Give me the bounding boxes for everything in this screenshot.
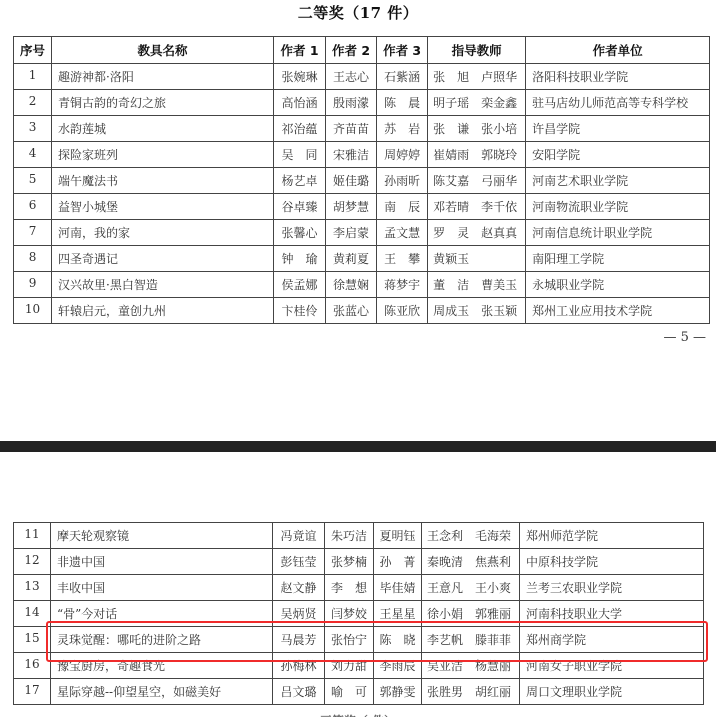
table-row: 5端午魔法书杨艺卓姬佳璐孙雨昕陈艾嘉 弓丽华河南艺术职业学院 [14, 168, 710, 194]
table-header-row: 序号 教具名称 作者 1 作者 2 作者 3 指导教师 作者单位 [14, 37, 710, 64]
cell-author3: 蒋梦宇 [377, 272, 428, 298]
header-author2: 作者 2 [326, 37, 377, 64]
cell-author2: 黄莉夏 [326, 246, 377, 272]
cell-name: 益智小城堡 [52, 194, 274, 220]
cell-author2: 张梦楠 [325, 549, 374, 575]
table-row: 2青铜古韵的奇幻之旅高怡涵殷雨濛陈 晨明子瑶 栾金鑫驻马店幼儿师范高等专科学校 [14, 90, 710, 116]
cell-author1: 侯孟娜 [274, 272, 326, 298]
table-row: 12非遗中国彭钰莹张梦楠孙 菁秦晚清 焦燕利中原科技学院 [14, 549, 704, 575]
cell-author2: 刘力甜 [325, 653, 374, 679]
cell-unit: 洛阳科技职业学院 [526, 64, 710, 90]
cell-name: 丰收中国 [51, 575, 273, 601]
table-row: 15灵珠觉醒：哪吒的进阶之路马晨芳张怡宁陈 晓李艺帆 滕菲菲郑州商学院 [14, 627, 704, 653]
table-row: 3水韵莲城祁治蕴齐苗苗苏 岩张 谦 张小培许昌学院 [14, 116, 710, 142]
cell-name: 汉兴故里·黑白智造 [52, 272, 274, 298]
cell-author3: 郭静雯 [374, 679, 422, 705]
cell-author3: 陈 晓 [374, 627, 422, 653]
cell-name: 轩辕启元，童创九州 [52, 298, 274, 324]
cell-author2: 姬佳璐 [326, 168, 377, 194]
header-advisors: 指导教师 [428, 37, 526, 64]
table-row: 4探险家班列吴 同宋雅洁周婷婷崔婧雨 郭晓玲安阳学院 [14, 142, 710, 168]
cell-author2: 王志心 [326, 64, 377, 90]
cell-name: 端午魔法书 [52, 168, 274, 194]
table-row: 14“骨”今对话吴炳贤闫梦姣王星星徐小娟 郭雅丽河南科技职业大学 [14, 601, 704, 627]
table-row: 16豫宝厨房，奇趣食光孙梅林刘力甜李雨辰吴亚洁 杨慧丽河南女子职业学院 [14, 653, 704, 679]
cell-unit: 河南信息统计职业学院 [526, 220, 710, 246]
cell-unit: 河南艺术职业学院 [526, 168, 710, 194]
header-name: 教具名称 [52, 37, 274, 64]
cell-unit: 许昌学院 [526, 116, 710, 142]
table-row: 1趣游神都·洛阳张婉琳王志心石紫涵张 旭 卢照华洛阳科技职业学院 [14, 64, 710, 90]
table-row: 17星际穿越--仰望星空，如磁美好吕文璐喻 可郭静雯张胜男 胡红丽周口文理职业学… [14, 679, 704, 705]
cell-no: 14 [14, 601, 51, 627]
cell-no: 7 [14, 220, 52, 246]
cell-advisors: 王念利 毛海荣 [422, 523, 520, 549]
cell-author1: 祁治蕴 [274, 116, 326, 142]
cell-unit: 南阳理工学院 [526, 246, 710, 272]
header-unit: 作者单位 [526, 37, 710, 64]
cell-no: 13 [14, 575, 51, 601]
cell-no: 17 [14, 679, 51, 705]
table-row: 7河南，我的家张馨心李启蒙孟文慧罗 灵 赵真真河南信息统计职业学院 [14, 220, 710, 246]
table-row: 13丰收中国赵文静李 想毕佳婧王意凡 王小爽兰考三农职业学院 [14, 575, 704, 601]
cell-no: 11 [14, 523, 51, 549]
cell-author1: 吕文璐 [273, 679, 325, 705]
next-section-title: 三等奖（ 件） [0, 712, 716, 717]
cell-no: 2 [14, 90, 52, 116]
cell-author3: 陈 晨 [377, 90, 428, 116]
cell-author2: 喻 可 [325, 679, 374, 705]
cell-advisors: 董 洁 曹美玉 [428, 272, 526, 298]
cell-author3: 李雨辰 [374, 653, 422, 679]
cell-no: 3 [14, 116, 52, 142]
cell-advisors: 吴亚洁 杨慧丽 [422, 653, 520, 679]
cell-advisors: 张 旭 卢照华 [428, 64, 526, 90]
cell-author1: 马晨芳 [273, 627, 325, 653]
cell-author3: 南 辰 [377, 194, 428, 220]
cell-author1: 谷卓臻 [274, 194, 326, 220]
cell-author1: 吴炳贤 [273, 601, 325, 627]
cell-author1: 孙梅林 [273, 653, 325, 679]
cell-unit: 中原科技学院 [520, 549, 704, 575]
cell-author3: 孙 菁 [374, 549, 422, 575]
cell-author1: 张馨心 [274, 220, 326, 246]
cell-author1: 彭钰莹 [273, 549, 325, 575]
table-row: 10轩辕启元，童创九州卞桂伶张蓝心陈亚欣周成玉 张玉颖郑州工业应用技术学院 [14, 298, 710, 324]
cell-advisors: 徐小娟 郭雅丽 [422, 601, 520, 627]
cell-author3: 周婷婷 [377, 142, 428, 168]
cell-author2: 朱巧洁 [325, 523, 374, 549]
cell-author2: 张蓝心 [326, 298, 377, 324]
cell-name: “骨”今对话 [51, 601, 273, 627]
cell-name: 青铜古韵的奇幻之旅 [52, 90, 274, 116]
cell-author3: 毕佳婧 [374, 575, 422, 601]
cell-no: 9 [14, 272, 52, 298]
cell-author2: 闫梦姣 [325, 601, 374, 627]
cell-no: 15 [14, 627, 51, 653]
cell-author1: 钟 瑜 [274, 246, 326, 272]
cell-advisors: 崔婧雨 郭晓玲 [428, 142, 526, 168]
cell-name: 探险家班列 [52, 142, 274, 168]
cell-unit: 周口文理职业学院 [520, 679, 704, 705]
cell-author2: 胡梦慧 [326, 194, 377, 220]
header-author1: 作者 1 [274, 37, 326, 64]
page-separator [0, 441, 716, 452]
award-table-page-6: 11摩天轮观察镜冯竟谊朱巧洁夏明钰王念利 毛海荣郑州师范学院12非遗中国彭钰莹张… [13, 522, 704, 705]
cell-no: 6 [14, 194, 52, 220]
table-row: 6益智小城堡谷卓臻胡梦慧南 辰邓若晴 李千依河南物流职业学院 [14, 194, 710, 220]
cell-name: 非遗中国 [51, 549, 273, 575]
cell-name: 灵珠觉醒：哪吒的进阶之路 [51, 627, 273, 653]
cell-author3: 孟文慧 [377, 220, 428, 246]
cell-advisors: 明子瑶 栾金鑫 [428, 90, 526, 116]
cell-author3: 夏明钰 [374, 523, 422, 549]
cell-unit: 河南女子职业学院 [520, 653, 704, 679]
cell-advisors: 陈艾嘉 弓丽华 [428, 168, 526, 194]
cell-author2: 张怡宁 [325, 627, 374, 653]
cell-author3: 孙雨昕 [377, 168, 428, 194]
cell-name: 星际穿越--仰望星空，如磁美好 [51, 679, 273, 705]
section-title: 二等奖（17 件） [0, 2, 716, 23]
cell-author1: 吴 同 [274, 142, 326, 168]
cell-name: 水韵莲城 [52, 116, 274, 142]
table-body-page-5: 1趣游神都·洛阳张婉琳王志心石紫涵张 旭 卢照华洛阳科技职业学院2青铜古韵的奇幻… [14, 64, 710, 324]
cell-author1: 冯竟谊 [273, 523, 325, 549]
table-row: 11摩天轮观察镜冯竟谊朱巧洁夏明钰王念利 毛海荣郑州师范学院 [14, 523, 704, 549]
cell-author2: 李启蒙 [326, 220, 377, 246]
cell-advisors: 邓若晴 李千依 [428, 194, 526, 220]
cell-author2: 徐慧娴 [326, 272, 377, 298]
cell-no: 16 [14, 653, 51, 679]
cell-author3: 苏 岩 [377, 116, 428, 142]
cell-author2: 殷雨濛 [326, 90, 377, 116]
award-table-page-5: 序号 教具名称 作者 1 作者 2 作者 3 指导教师 作者单位 1趣游神都·洛… [13, 36, 710, 324]
cell-unit: 河南科技职业大学 [520, 601, 704, 627]
cell-unit: 安阳学院 [526, 142, 710, 168]
cell-advisors: 黄颖玉 [428, 246, 526, 272]
table-row: 8四圣奇遇记钟 瑜黄莉夏王 攀黄颖玉南阳理工学院 [14, 246, 710, 272]
cell-author3: 王星星 [374, 601, 422, 627]
cell-no: 8 [14, 246, 52, 272]
cell-author1: 高怡涵 [274, 90, 326, 116]
table-row: 9汉兴故里·黑白智造侯孟娜徐慧娴蒋梦宇董 洁 曹美玉永城职业学院 [14, 272, 710, 298]
cell-advisors: 周成玉 张玉颖 [428, 298, 526, 324]
cell-advisors: 张 谦 张小培 [428, 116, 526, 142]
cell-unit: 河南物流职业学院 [526, 194, 710, 220]
cell-author2: 宋雅洁 [326, 142, 377, 168]
cell-author3: 石紫涵 [377, 64, 428, 90]
cell-unit: 郑州师范学院 [520, 523, 704, 549]
header-no: 序号 [14, 37, 52, 64]
page-number: — 5 — [663, 330, 706, 345]
cell-advisors: 罗 灵 赵真真 [428, 220, 526, 246]
cell-unit: 郑州工业应用技术学院 [526, 298, 710, 324]
cell-no: 12 [14, 549, 51, 575]
cell-author2: 齐苗苗 [326, 116, 377, 142]
cell-name: 摩天轮观察镜 [51, 523, 273, 549]
cell-no: 5 [14, 168, 52, 194]
cell-author2: 李 想 [325, 575, 374, 601]
cell-author3: 陈亚欣 [377, 298, 428, 324]
cell-no: 4 [14, 142, 52, 168]
cell-advisors: 王意凡 王小爽 [422, 575, 520, 601]
header-author3: 作者 3 [377, 37, 428, 64]
cell-no: 10 [14, 298, 52, 324]
cell-author1: 杨艺卓 [274, 168, 326, 194]
cell-name: 趣游神都·洛阳 [52, 64, 274, 90]
cell-unit: 郑州商学院 [520, 627, 704, 653]
cell-no: 1 [14, 64, 52, 90]
cell-unit: 兰考三农职业学院 [520, 575, 704, 601]
table-body-page-6: 11摩天轮观察镜冯竟谊朱巧洁夏明钰王念利 毛海荣郑州师范学院12非遗中国彭钰莹张… [14, 523, 704, 705]
cell-name: 四圣奇遇记 [52, 246, 274, 272]
cell-author3: 王 攀 [377, 246, 428, 272]
cell-unit: 驻马店幼儿师范高等专科学校 [526, 90, 710, 116]
cell-advisors: 李艺帆 滕菲菲 [422, 627, 520, 653]
cell-author1: 张婉琳 [274, 64, 326, 90]
cell-author1: 卞桂伶 [274, 298, 326, 324]
cell-author1: 赵文静 [273, 575, 325, 601]
cell-name: 河南，我的家 [52, 220, 274, 246]
cell-advisors: 秦晚清 焦燕利 [422, 549, 520, 575]
cell-advisors: 张胜男 胡红丽 [422, 679, 520, 705]
cell-name: 豫宝厨房，奇趣食光 [51, 653, 273, 679]
cell-unit: 永城职业学院 [526, 272, 710, 298]
